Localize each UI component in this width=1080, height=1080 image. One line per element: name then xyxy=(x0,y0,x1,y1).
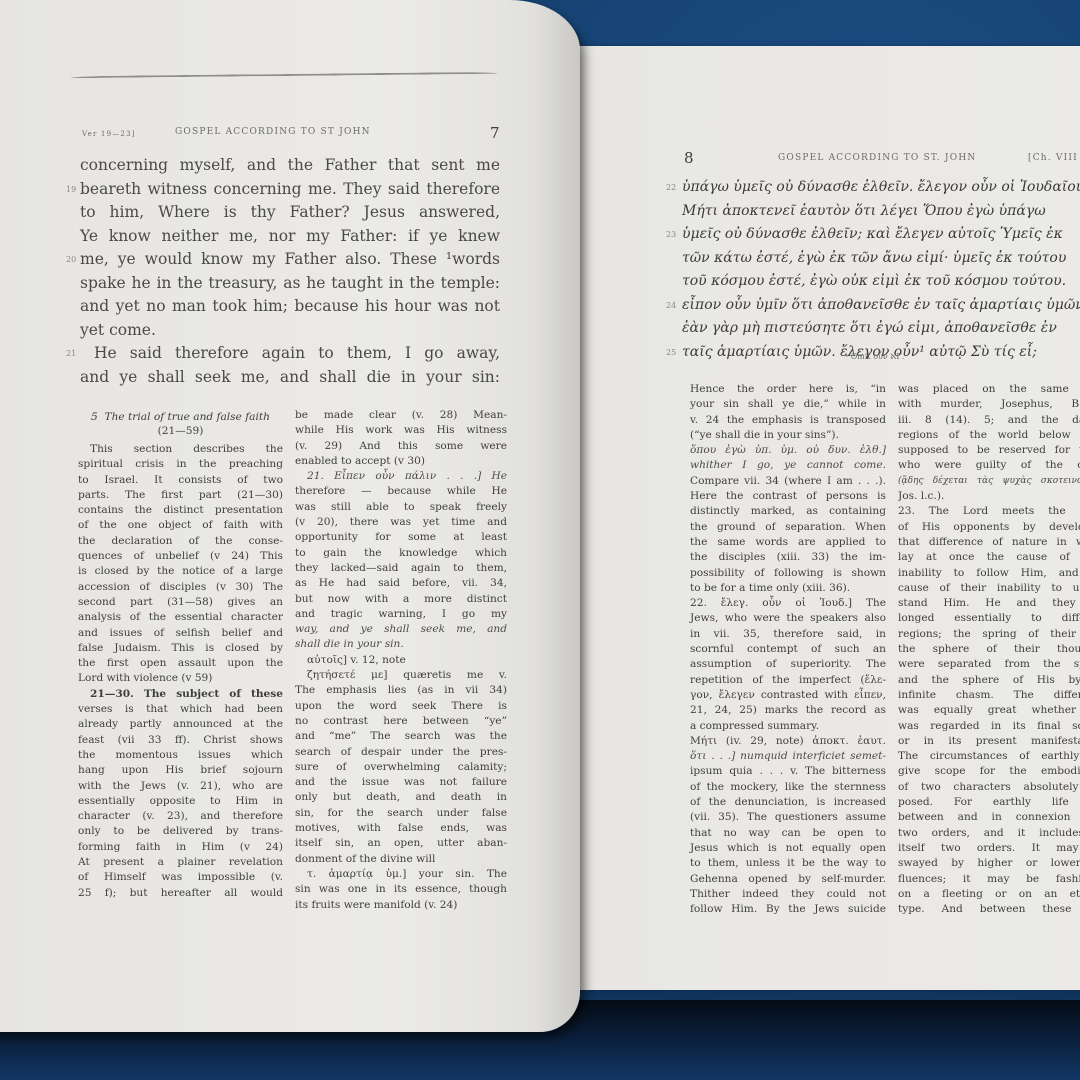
greek-line: τῶν κάτω ἐστέ, ἐγὼ ἐκ τῶν ἄνω εἰμί· ὑμεῖ… xyxy=(682,247,1080,271)
scripture-line: 21He said therefore again to them, I go … xyxy=(80,342,500,366)
greek-line: Μήτι ἀποκτενεῖ ἑαυτὸν ὅτι λέγει Ὅπου ἐγὼ… xyxy=(682,200,1080,224)
commentary-column-1: Hence the order here is, “in your sin sh… xyxy=(690,382,886,917)
running-head-title: GOSPEL ACCORDING TO ST JOHN xyxy=(175,127,371,137)
footnote: ¹ Omit οὖν ℵΓ. xyxy=(845,352,904,361)
page-number: 7 xyxy=(490,124,500,142)
page-number: 8 xyxy=(684,149,694,167)
greek-line: 22ὑπάγω ὑμεῖς οὐ δύνασθε ἐλθεῖν. ἔλεγον … xyxy=(682,176,1080,200)
left-page: Ver 19—23] GOSPEL ACCORDING TO ST JOHN 7… xyxy=(0,0,580,1032)
scripture-line: Ye know neither me, nor my Father: if ye… xyxy=(80,225,500,249)
greek-line: ἐὰν γὰρ μὴ πιστεύσητε ὅτι ἐγώ εἰμι, ἀποθ… xyxy=(682,317,1080,341)
scripture-line: concerning myself, and the Father that s… xyxy=(80,154,500,178)
commentary-column-2: was placed on the same level with murder… xyxy=(898,382,1080,917)
scripture-line: yet come. xyxy=(80,319,500,343)
scripture-line: 20me, ye would know my Father also. Thes… xyxy=(80,248,500,272)
running-head-verses: Ver 19—23] xyxy=(82,130,136,138)
greek-line: 23ὑμεῖς οὐ δύνασθε ἐλθεῖν; καὶ ἔλεγεν αὐ… xyxy=(682,223,1080,247)
scripture-text: concerning myself, and the Father that s… xyxy=(80,154,500,389)
scripture-line: and yet no man took him; because his hou… xyxy=(80,295,500,319)
scripture-line: spake he in the treasury, as he taught i… xyxy=(80,272,500,296)
running-head-chapter: [Ch. VIII xyxy=(1028,153,1078,163)
right-page: 8 GOSPEL ACCORDING TO ST. JOHN [Ch. VIII… xyxy=(560,46,1080,990)
running-head-title: GOSPEL ACCORDING TO ST. JOHN xyxy=(778,153,976,163)
header-rule xyxy=(70,72,498,78)
scripture-line: and ye shall seek me, and shall die in y… xyxy=(80,366,500,390)
scripture-line: to him, Where is thy Father? Jesus answe… xyxy=(80,201,500,225)
greek-line: 24εἶπον οὖν ὑμῖν ὅτι ἀποθανεῖσθε ἐν ταῖς… xyxy=(682,294,1080,318)
greek-line: τοῦ κόσμου ἐστέ, ἐγὼ οὐκ εἰμὶ ἐκ τοῦ κόσ… xyxy=(682,270,1080,294)
commentary-column-2: be made clear (v. 28) Mean- while His wo… xyxy=(295,408,507,913)
commentary-column-1: 5 The trial of true and false faith (21—… xyxy=(78,410,283,901)
scripture-line: 19beareth witness concerning me. They sa… xyxy=(80,178,500,202)
section-heading: 5 The trial of true and false faith (21—… xyxy=(78,410,283,438)
greek-text: 22ὑπάγω ὑμεῖς οὐ δύνασθε ἐλθεῖν. ἔλεγον … xyxy=(682,176,1080,364)
